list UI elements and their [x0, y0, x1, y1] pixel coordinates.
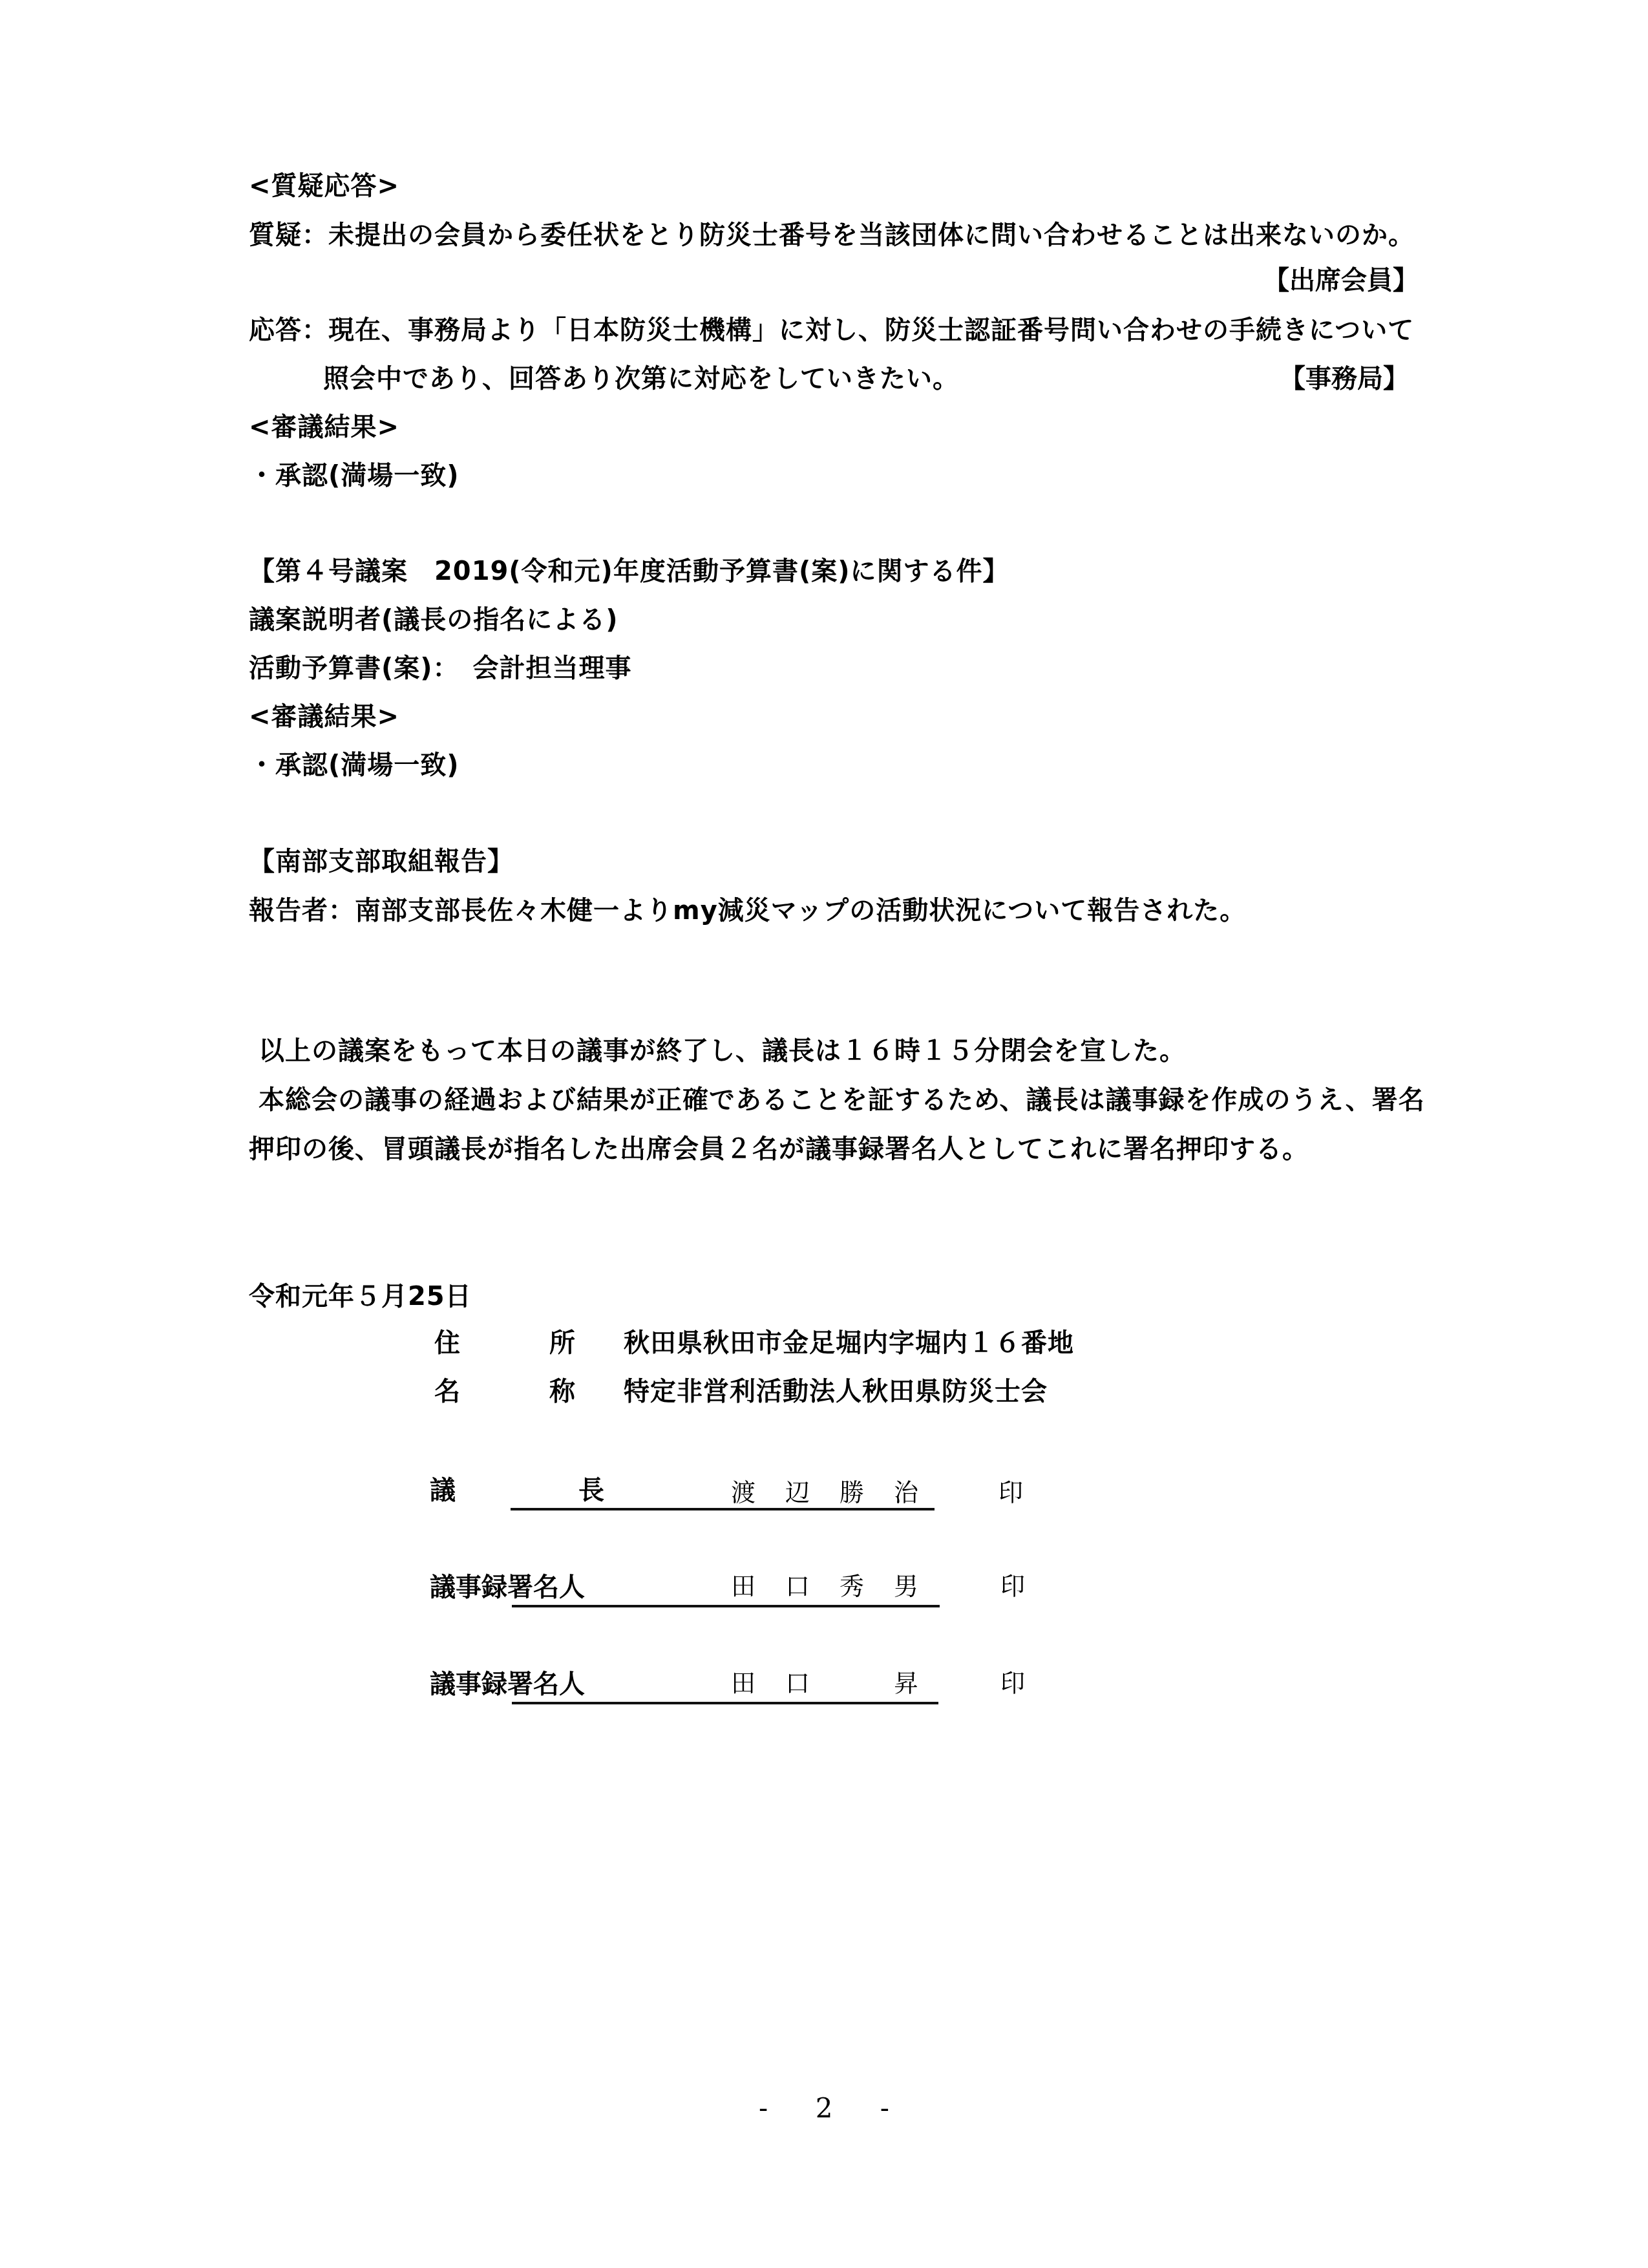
qa-answer-by: 【事務局】	[1280, 362, 1409, 396]
signature-name-recorder-1: 田 口 秀 男	[716, 1571, 933, 1602]
qa-answer-line1: 応答：現在、事務局より「日本防災士機構」に対し、防災士認証番号問い合わせの手続き…	[249, 313, 1414, 347]
signature-line-recorder-2	[512, 1702, 938, 1704]
signature-line-chair	[511, 1508, 935, 1510]
qa-question-by: 【出席会員】	[1263, 264, 1419, 297]
closing-line1: 以上の議案をもって本日の議事が終了し、議長は１６時１５分閉会を宣した。	[259, 1034, 1186, 1068]
seal-mark-chair: 印	[998, 1477, 1023, 1508]
agenda4-result-heading: <審議結果>	[249, 700, 399, 734]
signature-name-recorder-2: 田 口 昇	[716, 1668, 933, 1699]
address-label-1: 住	[434, 1326, 460, 1360]
agenda4-presenter: 議案説明者(議長の指名による)	[249, 603, 618, 637]
qa-result-heading: <審議結果>	[249, 410, 399, 444]
signature-role-recorder-2: 議事録署名人	[430, 1668, 585, 1701]
qa-question: 質疑：未提出の会員から委任状をとり防災士番号を当該団体に問い合わせることは出来な…	[249, 218, 1415, 252]
document-page: <質疑応答> 質疑：未提出の会員から委任状をとり防災士番号を当該団体に問い合わせ…	[0, 0, 1648, 2268]
signature-name-chair: 渡 辺 勝 治	[716, 1477, 933, 1508]
page-number-footer: - 2 -	[0, 2092, 1648, 2125]
organization-address: 秋田県秋田市金足堀内字堀内１６番地	[624, 1326, 1074, 1360]
date: 令和元年５月25日	[249, 1280, 472, 1313]
page-number: 2	[816, 2092, 833, 2124]
name-label-2: 称	[549, 1375, 575, 1408]
south-branch-title: 【南部支部取組報告】	[249, 845, 514, 878]
agenda4-result: ・承認(満場一致)	[249, 748, 460, 782]
closing-line3: 押印の後、冒頭議長が指名した出席会員２名が議事録署名人としてこれに署名押印する。	[249, 1132, 1309, 1166]
organization-name: 特定非営利活動法人秋田県防災士会	[624, 1375, 1048, 1408]
agenda4-budget: 活動予算書(案)： 会計担当理事	[249, 652, 632, 685]
qa-answer-line2: 照会中であり、回答あり次第に対応をしていきたい。	[323, 362, 959, 396]
signature-line-recorder-1	[512, 1605, 940, 1607]
qa-result: ・承認(満場一致)	[249, 459, 460, 493]
closing-line2: 本総会の議事の経過および結果が正確であることを証するため、議長は議事録を作成のう…	[259, 1083, 1425, 1117]
seal-mark-recorder-2: 印	[1000, 1668, 1025, 1699]
south-branch-report: 報告者：南部支部長佐々木健一よりmy減災マップの活動状況について報告された。	[249, 894, 1246, 927]
signature-role-chair: 議 長	[430, 1474, 604, 1507]
seal-mark-recorder-1: 印	[1000, 1571, 1025, 1602]
address-label-2: 所	[549, 1326, 575, 1360]
signature-role-recorder-1: 議事録署名人	[430, 1571, 585, 1604]
qa-heading: <質疑応答>	[249, 169, 399, 203]
name-label-1: 名	[434, 1375, 460, 1408]
agenda4-title: 【第４号議案 2019(令和元)年度活動予算書(案)に関する件】	[249, 555, 1009, 588]
